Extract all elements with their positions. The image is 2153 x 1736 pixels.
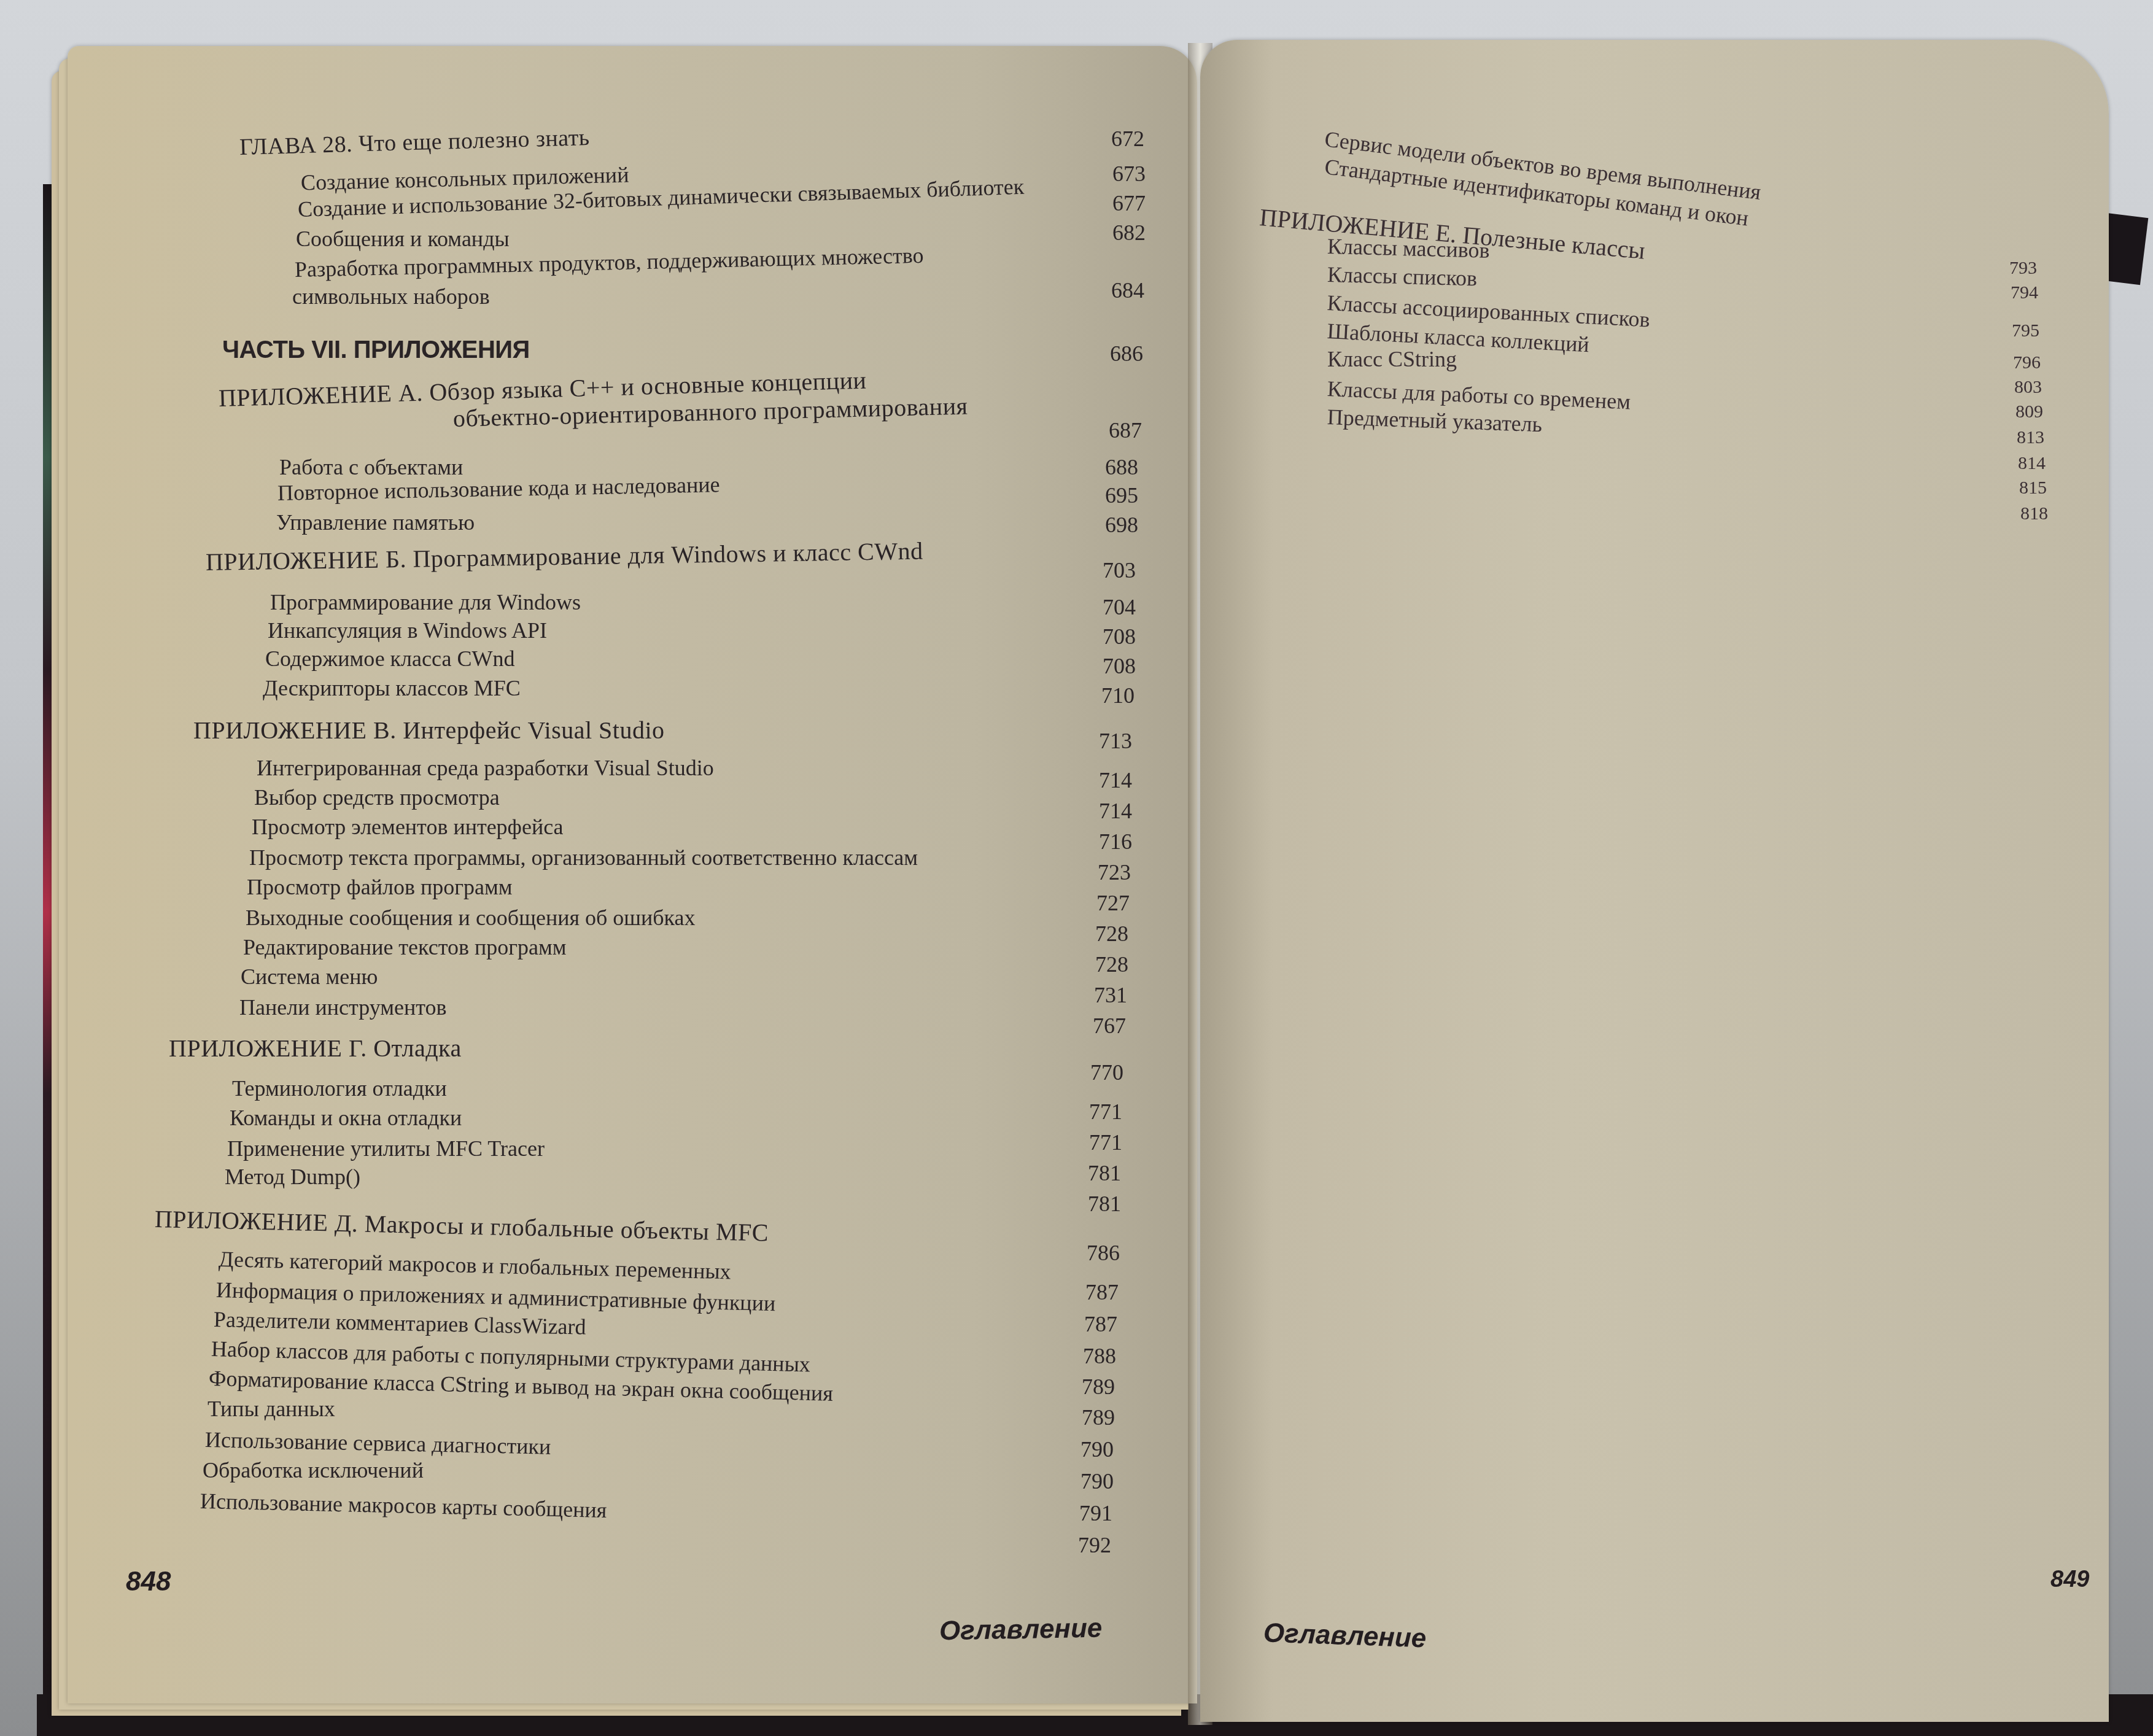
toc-entry-title: ПРИЛОЖЕНИЕ Г. Отладка (169, 1034, 462, 1062)
right-page-number: 849 (2050, 1567, 2089, 1593)
toc-entry: Просмотр элементов интерфейса (252, 814, 564, 840)
toc-entry-page: 790 (1080, 1436, 1114, 1462)
toc-entry: Инкапсуляция в Windows API (268, 618, 547, 643)
toc-entry-page: 714 (1099, 767, 1132, 793)
toc-entry-title: Работа с объектами (279, 455, 463, 479)
toc-entry: Метод Dump() (225, 1164, 360, 1190)
toc-entry: Терминология отладки (232, 1075, 447, 1101)
toc-entry: Типы данных (208, 1396, 335, 1422)
toc-entry-page: 713 (1099, 728, 1132, 754)
toc-entry: Выбор средств просмотра (254, 785, 500, 810)
left-page (68, 46, 1197, 1703)
toc-entry-title: Просмотр текста программы, организованны… (249, 845, 918, 870)
toc-entry: Обработка исключений (203, 1457, 424, 1483)
toc-entry-title: Применение утилиты MFC Tracer (227, 1136, 545, 1161)
toc-entry-title: Инкапсуляция в Windows API (268, 618, 547, 643)
toc-entry-page: 672 (1111, 126, 1144, 152)
toc-entry-page: 792 (1078, 1532, 1111, 1558)
toc-entry-page: 698 (1105, 512, 1138, 538)
toc-entry: Программирование для Windows (270, 589, 581, 615)
toc-entry-page: 686 (1110, 341, 1143, 366)
toc-entry: Применение утилиты MFC Tracer (227, 1136, 545, 1161)
toc-entry: Работа с объектами (279, 454, 463, 480)
toc-entry-title: Сообщения и команды (296, 227, 510, 251)
toc-entry-page: 787 (1084, 1311, 1117, 1337)
toc-entry-title: Выбор средств просмотра (254, 785, 500, 810)
toc-entry-title: Терминология отладки (232, 1076, 447, 1101)
toc-entry-page: 682 (1112, 220, 1146, 246)
toc-entry-page: 786 (1087, 1240, 1120, 1266)
toc-entry-page: 704 (1103, 594, 1136, 620)
toc-entry-page: 789 (1082, 1405, 1115, 1430)
toc-entry-page: 688 (1105, 454, 1138, 480)
toc-entry-page: 803 (2014, 377, 2042, 398)
toc-entry-title: Просмотр элементов интерфейса (252, 815, 564, 839)
toc-entry-page: 695 (1105, 482, 1138, 508)
toc-entry-page: 781 (1088, 1191, 1121, 1217)
toc-entry-part: ЧАСТЬ VII. ПРИЛОЖЕНИЯ (222, 336, 530, 364)
toc-entry: Панели инструментов (239, 994, 446, 1020)
toc-entry-title: ПРИЛОЖЕНИЕ В. Интерфейс Visual Studio (193, 716, 665, 744)
toc-entry-page: 818 (2020, 503, 2048, 524)
toc-entry: Система меню (241, 964, 378, 990)
toc-entry-page: 791 (1079, 1500, 1112, 1526)
toc-entry-appendix: ПРИЛОЖЕНИЕ Г. Отладка (169, 1034, 462, 1063)
toc-entry-title: Управление памятью (276, 510, 475, 535)
toc-entry: Интегрированная среда разработки Visual … (257, 755, 714, 781)
toc-entry-page: 723 (1098, 859, 1131, 885)
toc-entry: Просмотр текста программы, организованны… (249, 845, 918, 870)
toc-entry-page: 770 (1090, 1060, 1123, 1085)
toc-entry-title: Выходные сообщения и сообщения об ошибка… (246, 905, 696, 930)
toc-entry-title: ЧАСТЬ VII. ПРИЛОЖЕНИЯ (222, 336, 530, 363)
toc-entry-page: 731 (1094, 982, 1127, 1008)
toc-entry-page: 787 (1085, 1279, 1119, 1305)
toc-entry-page: 795 (2012, 320, 2039, 341)
toc-entry: символьных наборов (292, 284, 490, 309)
toc-entry: Дескрипторы классов MFC (263, 675, 521, 701)
toc-entry-page: 710 (1101, 683, 1135, 708)
toc-entry-page: 708 (1103, 624, 1136, 649)
toc-entry-page: 813 (2017, 427, 2044, 448)
toc-entry-page: 703 (1103, 557, 1136, 583)
toc-entry-title: символьных наборов (292, 284, 490, 309)
left-running-footer: Оглавление (939, 1613, 1103, 1647)
toc-entry: Содержимое класса CWnd (265, 646, 514, 672)
toc-entry-title: Дескрипторы классов MFC (263, 676, 521, 700)
toc-entry-page: 767 (1093, 1013, 1126, 1039)
toc-entry: Классы массивов (1327, 233, 1490, 263)
toc-entry-page: 781 (1088, 1160, 1121, 1186)
toc-entry-page: 788 (1083, 1343, 1116, 1369)
toc-entry: Просмотр файлов программ (247, 874, 512, 900)
toc-entry-page: 794 (2011, 282, 2038, 303)
toc-entry-page: 728 (1095, 921, 1128, 947)
toc-entry-title: Классы списков (1327, 262, 1477, 290)
toc-entry-page: 687 (1109, 417, 1142, 443)
toc-entry-title: Обработка исключений (203, 1458, 424, 1482)
toc-entry-page: 727 (1096, 890, 1130, 916)
toc-entry-title: Метод Dump() (225, 1164, 360, 1189)
toc-entry-page: 714 (1099, 798, 1132, 824)
toc-entry-title: Программирование для Windows (270, 590, 581, 614)
toc-entry-page: 796 (2013, 352, 2041, 373)
toc-entry-page: 814 (2018, 453, 2046, 474)
toc-entry-page: 815 (2019, 478, 2047, 498)
toc-entry: Сообщения и команды (296, 226, 510, 252)
toc-entry-page: 684 (1111, 277, 1144, 303)
toc-entry-title: Класс CString (1327, 347, 1457, 371)
toc-entry-title: Типы данных (208, 1397, 335, 1421)
right-running-footer: Оглавление (1263, 1618, 1427, 1654)
toc-entry-title: Система меню (241, 964, 378, 989)
toc-entry-title: Интегрированная среда разработки Visual … (257, 756, 714, 780)
toc-entry-title: Содержимое класса CWnd (265, 646, 514, 671)
toc-entry-title: Панели инструментов (239, 995, 446, 1020)
toc-entry-page: 728 (1095, 951, 1128, 977)
toc-entry: Класс CString (1327, 346, 1457, 372)
toc-entry: Команды и окна отладки (230, 1105, 462, 1131)
toc-entry-page: 677 (1112, 190, 1146, 216)
toc-entry-page: 771 (1089, 1099, 1122, 1125)
toc-entry: Классы списков (1327, 262, 1477, 291)
toc-entry-title: Редактирование текстов программ (243, 935, 566, 959)
toc-entry: Выходные сообщения и сообщения об ошибка… (246, 905, 696, 931)
toc-entry-page: 708 (1103, 653, 1136, 679)
toc-entry-appendix: ПРИЛОЖЕНИЕ В. Интерфейс Visual Studio (193, 716, 665, 745)
toc-entry-page: 793 (2009, 258, 2037, 279)
toc-entry-page: 790 (1080, 1468, 1114, 1494)
toc-entry-title: Просмотр файлов программ (247, 875, 512, 899)
toc-entry-title: Классы массивов (1327, 234, 1490, 263)
toc-entry: Редактирование текстов программ (243, 934, 566, 960)
toc-entry-title: Команды и окна отладки (230, 1106, 462, 1130)
toc-entry-page: 789 (1082, 1374, 1115, 1400)
toc-entry-page: 716 (1099, 829, 1132, 854)
toc-entry-page: 771 (1089, 1130, 1122, 1155)
toc-entry: Управление памятью (276, 510, 475, 535)
left-page-number: 848 (126, 1567, 171, 1597)
toc-entry-page: 809 (2015, 401, 2043, 422)
toc-entry-page: 673 (1112, 161, 1146, 187)
